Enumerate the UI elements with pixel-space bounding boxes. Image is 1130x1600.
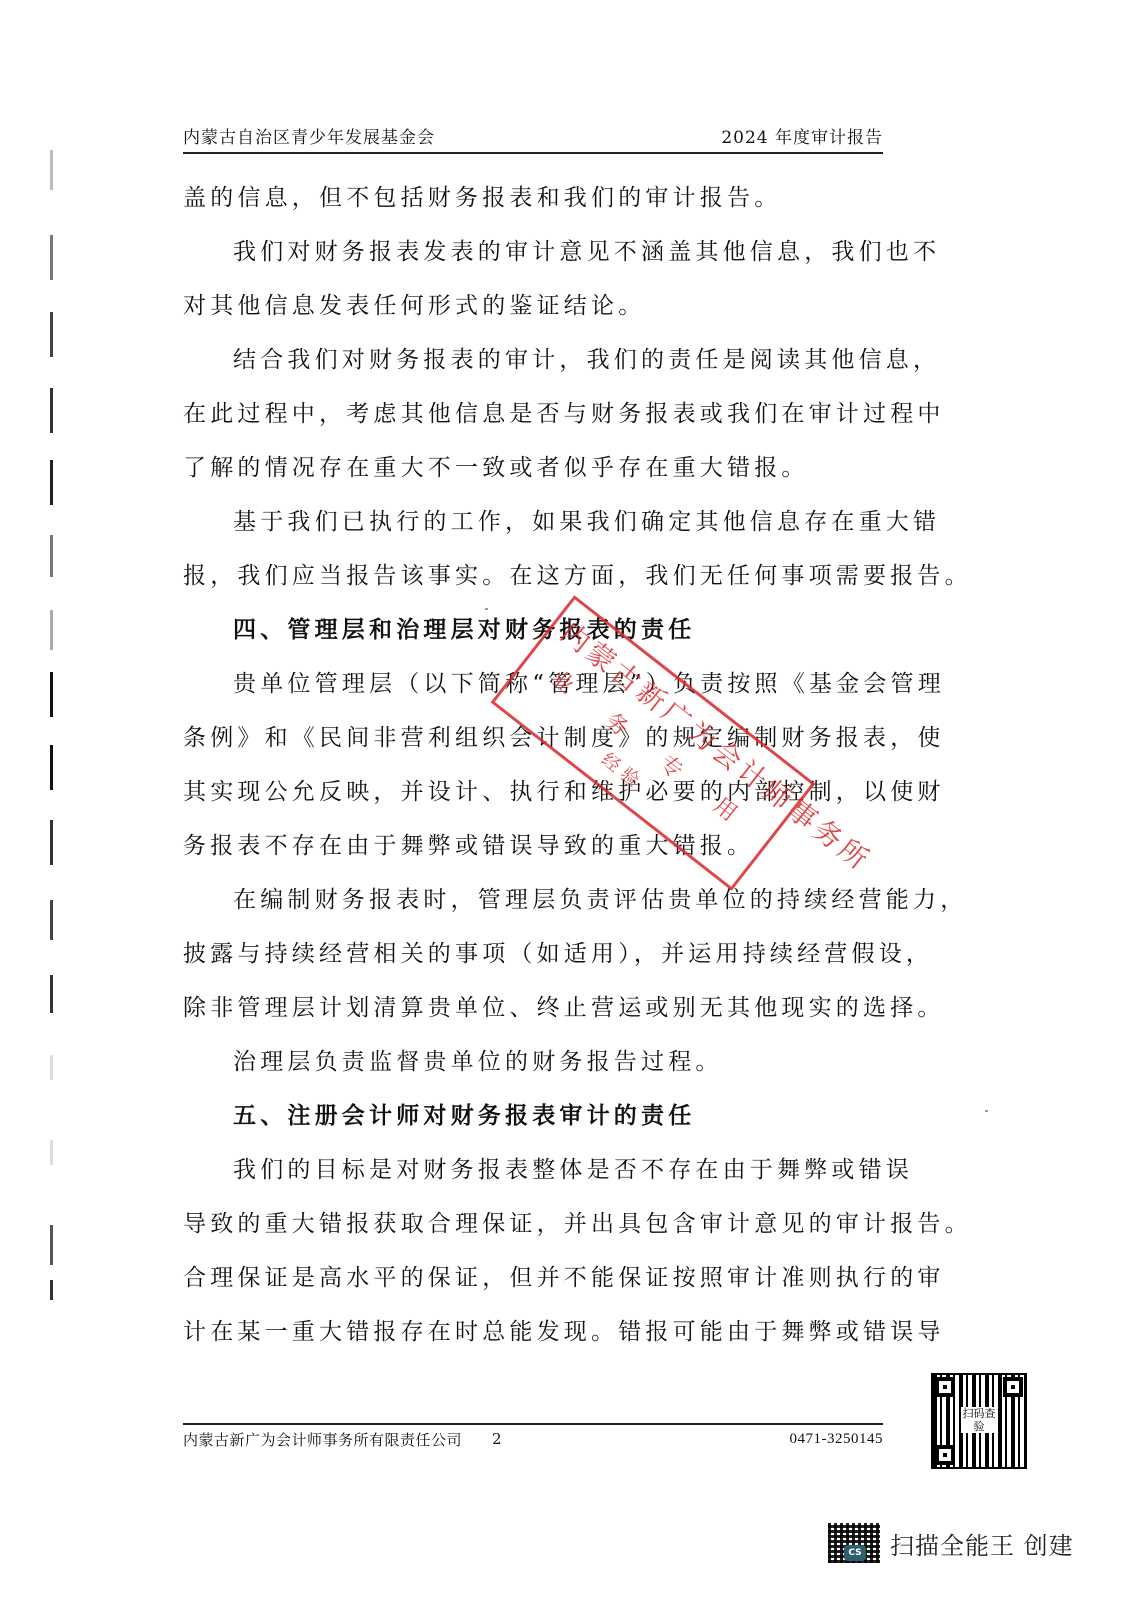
paragraph-line: 盖的信息，但不包括财务报表和我们的审计报告。: [183, 178, 885, 232]
document-page: 内蒙古自治区青少年发展基金会 2024 年度审计报告 盖的信息，但不包括财务报表…: [0, 0, 1130, 1600]
paragraph-line: 结合我们对财务报表的审计，我们的责任是阅读其他信息，: [183, 340, 885, 394]
scan-speck: [985, 1110, 988, 1112]
header-organization: 内蒙古自治区青少年发展基金会: [183, 123, 435, 148]
footer-phone: 0471-3250145: [790, 1431, 884, 1448]
paragraph-line: 治理层负责监督贵单位的财务报告过程。: [183, 1042, 885, 1096]
paragraph-line: 了解的情况存在重大不一致或者似乎存在重大错报。: [183, 448, 885, 502]
qr-finder-icon: [935, 1445, 955, 1465]
watermark-label: 扫描全能王 创建: [890, 1526, 1074, 1561]
paragraph-line: 我们的目标是对财务报表整体是否不存在由于舞弊或错误: [183, 1150, 885, 1204]
paragraph-line: 在编制财务报表时，管理层负责评估贵单位的持续经营能力，: [183, 880, 885, 934]
qr-finder-icon: [1003, 1377, 1023, 1397]
section-heading-auditor-responsibility: 五、注册会计师对财务报表审计的责任: [183, 1096, 885, 1150]
binding-hole-marks: [50, 140, 56, 1300]
page-footer: 内蒙古新广为会计师事务所有限责任公司 2 0471-3250145: [183, 1428, 883, 1450]
footer-firm-name: 内蒙古新广为会计师事务所有限责任公司: [183, 1429, 462, 1450]
paragraph-line: 基于我们已执行的工作，如果我们确定其他信息存在重大错: [183, 502, 885, 556]
scan-speck: [485, 608, 488, 610]
paragraph-line: 务报表不存在由于舞弊或错误导致的重大错报。: [183, 826, 885, 880]
paragraph-line: 我们对财务报表发表的审计意见不涵盖其他信息，我们也不: [183, 232, 885, 286]
header-rule: [183, 152, 883, 154]
page-number: 2: [492, 1430, 502, 1448]
camscanner-watermark: CS 扫描全能王 创建: [828, 1523, 1074, 1563]
paragraph-line: 除非管理层计划清算贵单位、终止营运或别无其他现实的选择。: [183, 988, 885, 1042]
page-header: 内蒙古自治区青少年发展基金会 2024 年度审计报告: [183, 122, 883, 148]
footer-rule: [183, 1423, 883, 1425]
camscanner-logo-icon: CS: [844, 1545, 866, 1561]
header-report-title: 2024 年度审计报告: [721, 123, 883, 148]
qr-finder-icon: [935, 1377, 955, 1397]
paragraph-line: 计在某一重大错报存在时总能发现。错报可能由于舞弊或错误导: [183, 1312, 885, 1366]
paragraph-line: 合理保证是高水平的保证，但并不能保证按照审计准则执行的审: [183, 1258, 885, 1312]
paragraph-line: 导致的重大错报获取合理保证，并出具包含审计意见的审计报告。: [183, 1204, 885, 1258]
paragraph-line: 报，我们应当报告该事实。在这方面，我们无任何事项需要报告。: [183, 556, 885, 610]
paragraph-line: 披露与持续经营相关的事项（如适用），并运用持续经营假设，: [183, 934, 885, 988]
mini-qr-icon: CS: [828, 1523, 880, 1563]
verification-qr-code[interactable]: 扫码查验: [933, 1375, 1025, 1467]
paragraph-line: 对其他信息发表任何形式的鉴证结论。: [183, 286, 885, 340]
paragraph-line: 在此过程中，考虑其他信息是否与财务报表或我们在审计过程中: [183, 394, 885, 448]
qr-center-label: 扫码查验: [961, 1407, 997, 1433]
